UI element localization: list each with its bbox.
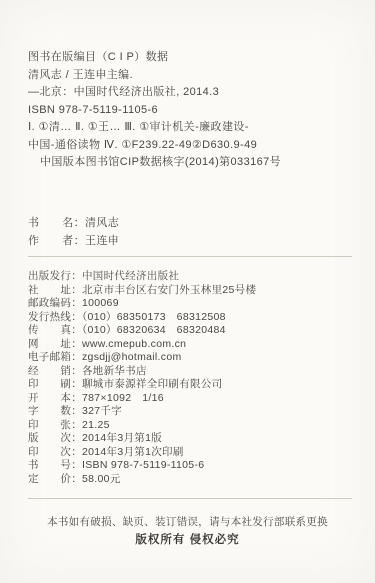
cip-classification-line-1: Ⅰ. ①清… Ⅱ. ①王… Ⅲ. ①审计机关-廉政建设- (28, 119, 358, 137)
pub-row-isbn: 书 号：ISBN 978-7-5119-1105-6 (28, 459, 358, 473)
copyright-page: 图书在版编目（C I P）数据 清风志 / 王连申主编. —北京：中国时代经济出… (0, 0, 375, 583)
book-title: 清风志 (85, 217, 119, 229)
pub-row-hotline: 发行热线：（010）68350173 68312508 (28, 311, 358, 325)
field-value: zgsdjj@hotmail.com (82, 351, 182, 363)
field-label: 印 刷： (28, 378, 82, 390)
cip-title-author: 清风志 / 王连申主编. (28, 67, 358, 85)
field-label: 出版发行： (28, 270, 82, 282)
field-label: 印 次： (28, 446, 82, 458)
field-label: 定 价： (28, 473, 82, 485)
field-label: 传 真： (28, 324, 82, 336)
field-label: 经 销： (28, 365, 82, 377)
field-label: 发行热线： (28, 311, 82, 323)
field-label: 作 者： (28, 235, 85, 247)
field-value: 2014年3月第1版 (82, 432, 162, 444)
pub-row-email: 电子邮箱：zgsdjj@hotmail.com (28, 351, 358, 365)
pub-row-address: 社 址：北京市丰台区右安门外玉林里25号楼 (28, 284, 358, 298)
field-value: 聊城市泰源祥全印刷有限公司 (82, 378, 222, 390)
copyright-statement: 版权所有 侵权必究 (0, 532, 375, 549)
field-label: 书 号： (28, 459, 82, 471)
pub-row-website: 网 址：www.cmepub.com.cn (28, 338, 358, 352)
book-author-row: 作 者：王连申 (28, 232, 119, 250)
cip-record-number: 中国版本图书馆CIP数据核字(2014)第033167号 (28, 154, 358, 172)
pub-row-distribution: 经 销：各地新华书店 (28, 365, 358, 379)
cip-classification-line-2: 中国-通俗读物 Ⅳ. ①F239.22-49②D630.9-49 (28, 137, 358, 155)
footer-notices: 本书如有破损、缺页、装订错误，请与本社发行部联系更换 版权所有 侵权必究 (0, 515, 375, 548)
cip-publisher-line: —北京：中国时代经济出版社, 2014.3 (28, 84, 358, 102)
field-value: www.cmepub.com.cn (82, 338, 186, 350)
field-value: ISBN 978-7-5119-1105-6 (82, 459, 204, 471)
field-label: 电子邮箱： (28, 351, 82, 363)
field-value: 100069 (82, 297, 119, 309)
field-label: 邮政编码： (28, 297, 82, 309)
pub-row-price: 定 价：58.00元 (28, 473, 358, 487)
field-value: 各地新华书店 (82, 365, 147, 377)
field-value: （010）68350173 68312508 (82, 311, 226, 323)
pub-row-edition: 版 次：2014年3月第1版 (28, 432, 358, 446)
cip-data-block: 图书在版编目（C I P）数据 清风志 / 王连申主编. —北京：中国时代经济出… (28, 49, 358, 172)
pub-row-printer: 印 刷：聊城市泰源祥全印刷有限公司 (28, 378, 358, 392)
field-value: 2014年3月第1次印刷 (82, 446, 184, 458)
field-label: 网 址： (28, 338, 82, 350)
field-label: 开 本： (28, 392, 82, 404)
pub-row-postcode: 邮政编码：100069 (28, 297, 358, 311)
divider (28, 498, 352, 499)
field-value: 北京市丰台区右安门外玉林里25号楼 (82, 284, 256, 296)
cip-isbn-line: ISBN 978-7-5119-1105-6 (28, 102, 358, 120)
pub-row-wordcount: 字 数：327千字 (28, 405, 358, 419)
divider (28, 256, 352, 257)
pub-row-sheets: 印 张：21.25 (28, 419, 358, 433)
field-value: 21.25 (82, 419, 110, 431)
pub-row-format: 开 本：787×1092 1/16 (28, 392, 358, 406)
publication-info-block: 出版发行：中国时代经济出版社 社 址：北京市丰台区右安门外玉林里25号楼 邮政编… (28, 270, 358, 486)
field-label: 印 张： (28, 419, 82, 431)
field-value: 中国时代经济出版社 (82, 270, 179, 282)
field-value: 58.00元 (82, 473, 121, 485)
field-value: 787×1092 1/16 (82, 392, 164, 404)
field-value: （010）68320634 68320484 (82, 324, 226, 336)
replacement-notice: 本书如有破损、缺页、装订错误，请与本社发行部联系更换 (0, 515, 375, 531)
pub-row-impression: 印 次：2014年3月第1次印刷 (28, 446, 358, 460)
field-label: 社 址： (28, 284, 82, 296)
field-value: 327千字 (82, 405, 122, 417)
field-label: 书 名： (28, 217, 85, 229)
book-author: 王连申 (85, 235, 119, 247)
field-label: 字 数： (28, 405, 82, 417)
field-label: 版 次： (28, 432, 82, 444)
cip-heading: 图书在版编目（C I P）数据 (28, 49, 358, 67)
title-author-block: 书 名：清风志 作 者：王连申 (28, 214, 119, 250)
book-title-row: 书 名：清风志 (28, 214, 119, 232)
pub-row-publisher: 出版发行：中国时代经济出版社 (28, 270, 358, 284)
pub-row-fax: 传 真：（010）68320634 68320484 (28, 324, 358, 338)
